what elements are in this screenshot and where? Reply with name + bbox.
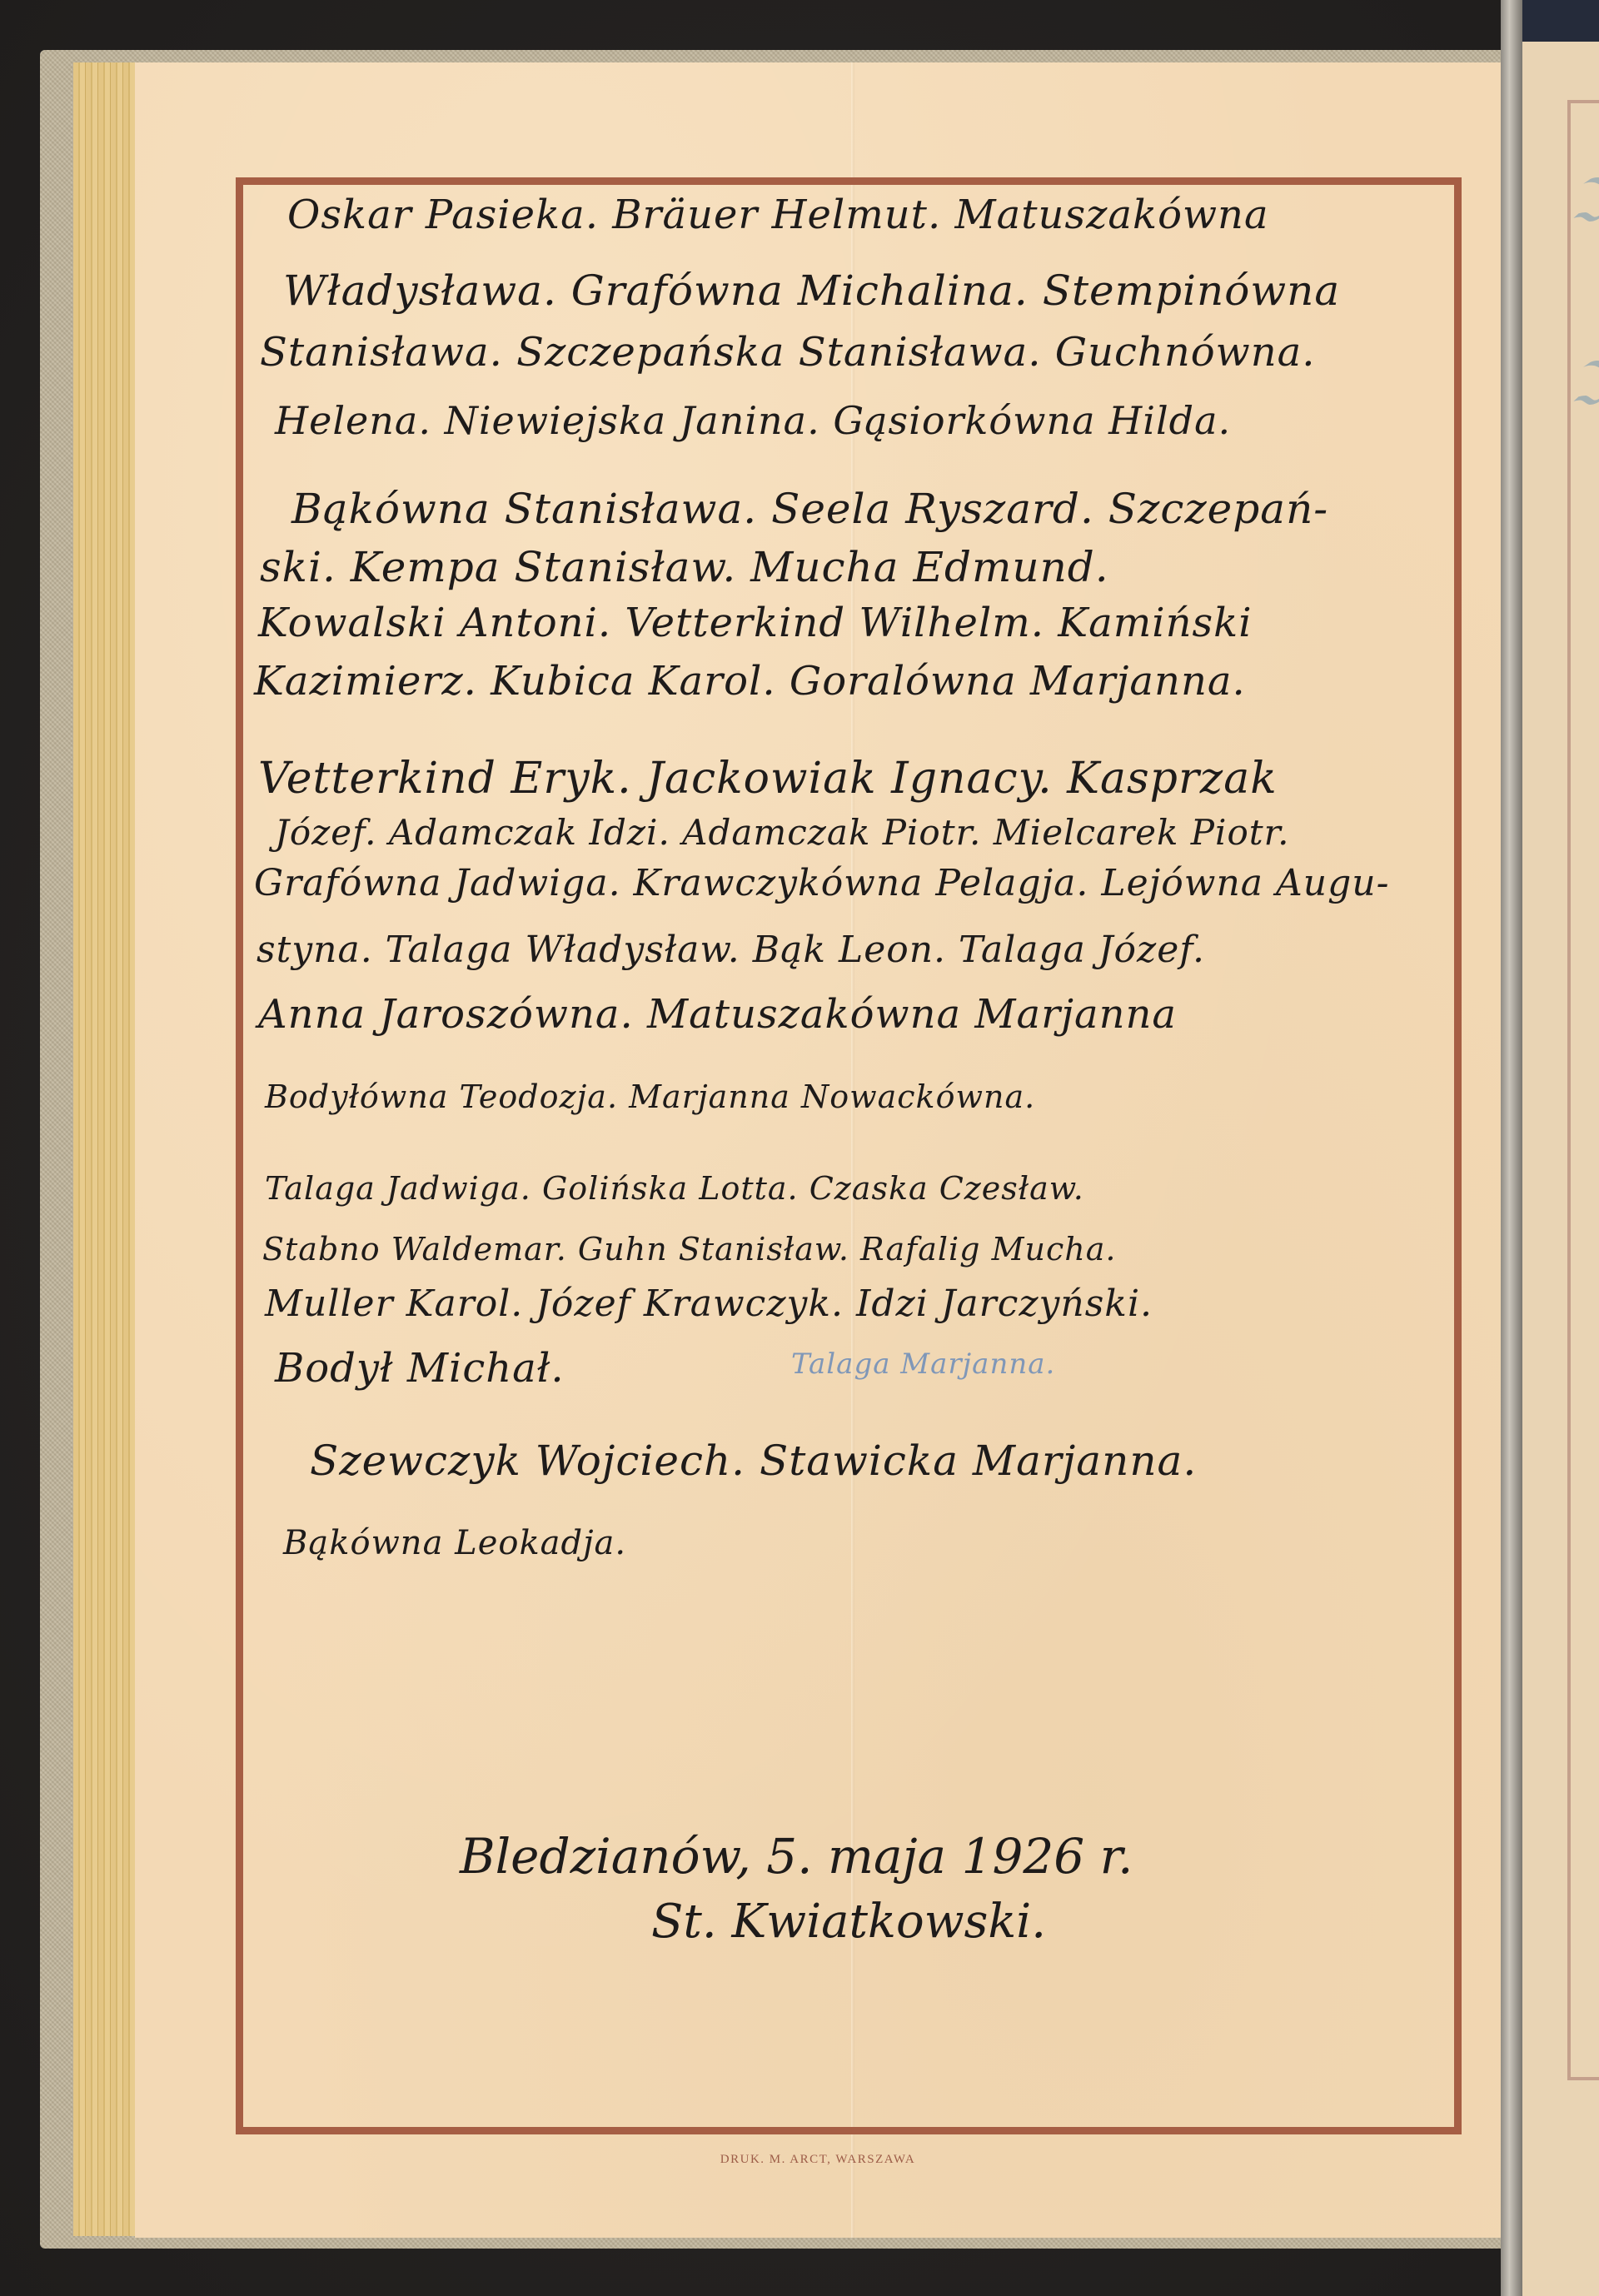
signature-line: Kazimierz. Kubica Karol. Goralówna Marja… xyxy=(254,658,1246,705)
book-gutter xyxy=(1501,0,1522,2296)
signature-line: Stanisława. Szczepańska Stanisława. Guch… xyxy=(260,329,1316,376)
signature-line: Bąkówna Stanisława. Seela Ryszard. Szcze… xyxy=(291,485,1328,533)
page-edges xyxy=(73,62,140,2236)
signer-name: St. Kwiatkowski. xyxy=(651,1895,1046,1949)
signature-line: Bąkówna Leokadja. xyxy=(283,1524,626,1562)
opposite-page-ornament: ℑ xyxy=(1570,350,1599,418)
signature-line: Bodyłówna Teodozja. Marjanna Nowackówna. xyxy=(265,1078,1035,1115)
signature-line: Bodył Michał. xyxy=(275,1345,565,1392)
printer-mark: DRUK. M. ARCT, WARSZAWA xyxy=(135,2153,1501,2167)
signature-line: Józef. Adamczak Idzi. Adamczak Piotr. Mi… xyxy=(275,812,1289,853)
signature-line: styna. Talaga Władysław. Bąk Leon. Talag… xyxy=(257,929,1205,971)
signature-line: Kowalski Antoni. Vetterkind Wilhelm. Kam… xyxy=(258,600,1253,646)
signature-line: Grafówna Jadwiga. Krawczykówna Pelagja. … xyxy=(254,862,1389,904)
signature-line: Vetterkind Eryk. Jackowiak Ignacy. Kaspr… xyxy=(258,754,1278,804)
blue-ink-annotation: Talaga Marjanna. xyxy=(791,1347,1055,1381)
opposite-page-ornament: ℑ xyxy=(1570,167,1599,235)
signature-line: Szewczyk Wojciech. Stawicka Marjanna. xyxy=(310,1437,1197,1485)
signature-line: Władysława. Grafówna Michalina. Stempinó… xyxy=(283,266,1340,315)
signature-line: ski. Kempa Stanisław. Mucha Edmund. xyxy=(260,543,1109,591)
signature-line: Anna Jaroszówna. Matuszakówna Marjanna xyxy=(258,991,1177,1038)
place-date: Bledzianów, 5. maja 1926 r. xyxy=(460,1828,1133,1885)
signature-line: Talaga Jadwiga. Golińska Lotta. Czaska C… xyxy=(265,1170,1084,1207)
document-page: Oskar Pasieka. Bräuer Helmut. Matuszaków… xyxy=(135,62,1501,2238)
signature-line: Oskar Pasieka. Bräuer Helmut. Matuszaków… xyxy=(287,192,1269,238)
signature-line: Muller Karol. Józef Krawczyk. Idzi Jarcz… xyxy=(265,1282,1153,1325)
signature-line: Helena. Niewiejska Janina. Gąsiorkówna H… xyxy=(275,398,1231,443)
signature-line: Stabno Waldemar. Guhn Stanisław. Rafalig… xyxy=(262,1231,1116,1268)
opposite-page-top xyxy=(1522,0,1599,42)
